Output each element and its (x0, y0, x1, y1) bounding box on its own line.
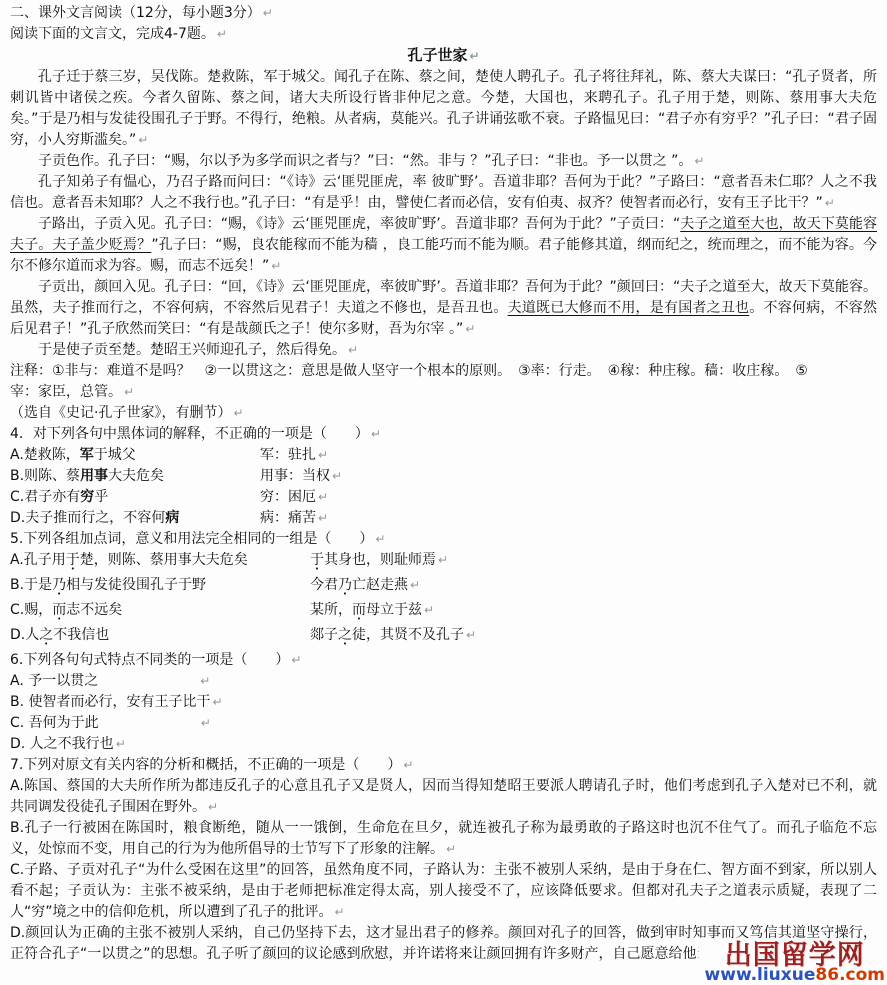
underlined-text: 夫道既已大修而不用，是有国者之丑也 (508, 300, 750, 316)
q6-option-row: D. 人之不我行也↵ (10, 734, 877, 755)
paragraph-mark: ↵ (375, 532, 385, 546)
q5-option-right: 某所，而母立于兹↵ (310, 600, 434, 621)
watermark-url-prefix: www.liuxue (705, 965, 816, 985)
text-segment: 亡赵走燕 (352, 577, 408, 593)
paragraph-mark: ↵ (208, 800, 218, 814)
watermark-url: www.liuxue86.com (705, 967, 885, 984)
q5-option-left: B.于是乃相与发徒役围孔子于野 (10, 575, 310, 596)
paragraph-mark: ↵ (213, 695, 223, 709)
text-segment: D.夫子推而行之，不容何 (10, 510, 165, 526)
question-7: 7.下列对原文有关内容的分析和概括，不正确的一项是（ ）↵ A.陈国、蔡国的大夫… (10, 755, 877, 965)
paragraph-mark: ↵ (271, 259, 281, 273)
text-segment: 今君 (310, 577, 338, 593)
text-segment: 子路出，子贡入见。孔子曰：“赐，《诗》云‘匪兕匪虎，率彼旷野’。吾道非耶？吾何为… (38, 216, 680, 232)
dotted-word: 乃 (52, 577, 66, 593)
q4-option-sentence: A.楚救陈，军于城父 (10, 445, 260, 466)
q7-option-paragraph: A.陈国、蔡国的大夫所作所为都违反孔子的心意且孔子又是贤人，因而当得知楚昭王要派… (10, 776, 877, 818)
paragraph-mark: ↵ (200, 674, 210, 688)
q7-option-text: A.陈国、蔡国的大夫所作所为都违反孔子的心意且孔子又是贤人，因而当得知楚昭王要派… (10, 778, 877, 815)
question-6-title: 6.下列各句句式特点不同类的一项是（ ）↵ (10, 650, 877, 671)
q4-option-row: C.君子亦有穷乎穷：困厄↵ (10, 487, 877, 508)
passage-body: 孔子迁于蔡三岁，吴伐陈。楚救陈，军于城父。闻孔子在陈、蔡之间，楚使人聘孔子。孔子… (10, 67, 877, 361)
bold-word: 穷 (80, 489, 94, 505)
paragraph-mark: ↵ (332, 469, 342, 483)
passage-paragraph: 子贡出，颜回入见。孔子曰：“回，《诗》云‘匪兕匪虎，率彼旷野’。吾道非耶？吾何为… (10, 277, 877, 340)
paragraph-mark: ↵ (138, 133, 148, 147)
q5-option-row: D.人之不我信也郯子之徒，其贤不及孔子↵ (10, 625, 877, 646)
text-segment: 乎 (94, 489, 108, 505)
q5-option-right: 今君乃亡赵走燕↵ (310, 575, 420, 596)
text-segment: B.于是 (10, 577, 52, 593)
q4-option-row: D.夫子推而行之，不容何病病：痛苦↵ (10, 508, 877, 529)
paragraph-mark: ↵ (403, 758, 413, 772)
q5-option-left: D.人之不我信也 (10, 625, 310, 646)
dotted-word: 于 (66, 552, 80, 568)
notes-text-1: 注释：①非与：难道不是吗？ ②一以贯这之：意思是做人坚守一个根本的原则。 ③率：… (10, 363, 808, 379)
text-segment: 子贡色作。孔子曰：“赐，尔以予为多学而识之者与？”曰：“然。非与 ？”孔子曰：“… (38, 153, 692, 169)
q6-option-text: A. 予一以贯之 (10, 673, 98, 689)
text-segment: 某所， (310, 602, 352, 618)
question-7-options: A.陈国、蔡国的大夫所作所为都违反孔子的心意且孔子又是贤人，因而当得知楚昭王要派… (10, 776, 877, 965)
question-6-options: A. 予一以贯之↵B. 使智者而必行，安有王子比干↵C. 吾何为于此↵D. 人之… (10, 671, 877, 755)
q6-option-text: D. 人之不我行也 (10, 736, 114, 752)
question-5-title-text: 5.下列各组加点词，意义和用法完全相同的一组是（ ） (10, 531, 373, 547)
section-heading-text: 二、课外文言阅读（12分，每小题3分） (10, 5, 261, 21)
watermark-url-number: 86 (815, 965, 839, 985)
q5-option-right: 于其身也，则耻师焉↵ (310, 550, 448, 571)
text-segment: 相与发徒役围孔子于野 (66, 577, 206, 593)
passage-paragraph: 子贡色作。孔子曰：“赐，尔以予为多学而识之者与？”曰：“然。非与 ？”孔子曰：“… (10, 151, 877, 172)
q4-option-sentence: B.则陈、蔡用事大夫危矣 (10, 466, 260, 487)
q5-option-left: C.赐，而志不远矣 (10, 600, 310, 621)
q7-option-paragraph: B.孔子一行被困在陈国时，粮食断绝，随从一一饿倒，生命危在旦夕，就连被孔子称为最… (10, 818, 877, 860)
text-segment: C.君子亦有 (10, 489, 80, 505)
section-heading: 二、课外文言阅读（12分，每小题3分）↵ (10, 3, 877, 24)
paragraph-mark: ↵ (263, 6, 273, 20)
q5-option-row: A.孔子用于楚，则陈、蔡用事大夫危矣于其身也，则耻师焉↵ (10, 550, 877, 571)
q4-option-sentence: D.夫子推而行之，不容何病 (10, 508, 260, 529)
q5-option-row: C.赐，而志不远矣某所，而母立于兹↵ (10, 600, 877, 621)
intro-line: 阅读下面的文言文，完成4-7题。↵ (10, 24, 877, 45)
bold-word: 用事 (80, 468, 108, 484)
dotted-word: 而 (352, 602, 366, 618)
source-text: （选自《史记·孔子世家》，有删节） (10, 405, 231, 421)
passage-paragraph: 孔子迁于蔡三岁，吴伐陈。楚救陈，军于城父。闻孔子在陈、蔡之间，楚使人聘孔子。孔子… (10, 67, 877, 151)
text-segment: 大夫危矣 (108, 468, 164, 484)
passage-paragraph: 子路出，子贡入见。孔子曰：“赐，《诗》云‘匪兕匪虎，率彼旷野’。吾道非耶？吾何为… (10, 214, 877, 277)
text-segment: 楚，则陈、蔡用事大夫危矣 (80, 552, 248, 568)
q7-option-paragraph: C.子路、子贡对孔子“为什么受困在这里”的回答，虽然角度不同，子路认为：主张不被… (10, 860, 877, 923)
exam-document-page: 二、课外文言阅读（12分，每小题3分）↵ 阅读下面的文言文，完成4-7题。↵ 孔… (0, 0, 887, 985)
q6-option-text: C. 吾何为于此 (10, 715, 99, 731)
q4-option-row: B.则陈、蔡用事大夫危矣用事：当权↵ (10, 466, 877, 487)
paragraph-mark: ↵ (318, 490, 328, 504)
text-segment: D.人 (10, 627, 39, 643)
notes-line-2: 宰：家臣，总管。↵ (10, 382, 877, 403)
passage-title: 孔子世家↵ (10, 45, 877, 67)
paragraph-mark: ↵ (438, 553, 448, 567)
question-4-title-text: 4．对下列各句中黑体词的解释，不正确的一项是（ ） (10, 426, 369, 442)
text-segment: 于城父 (94, 447, 136, 463)
site-watermark: 出国留学网 www.liuxue86.com (699, 942, 887, 985)
text-segment: 徒，其贤不及孔子 (352, 627, 464, 643)
paragraph-mark: ↵ (469, 49, 479, 63)
paragraph-mark: ↵ (217, 27, 227, 41)
intro-text: 阅读下面的文言文，完成4-7题。 (10, 26, 215, 42)
q4-option-sentence: C.君子亦有穷乎 (10, 487, 260, 508)
question-6: 6.下列各句句式特点不同类的一项是（ ）↵ A. 予一以贯之↵B. 使智者而必行… (10, 650, 877, 755)
q5-option-left: A.孔子用于楚，则陈、蔡用事大夫危矣 (10, 550, 310, 571)
dotted-word: 之 (39, 627, 53, 643)
text-segment: 其身也，则耻师焉 (324, 552, 436, 568)
q7-option-text: B.孔子一行被困在陈国时，粮食断绝，随从一一饿倒，生命危在旦夕，就连被孔子称为最… (10, 820, 877, 857)
q4-option-row: A.楚救陈，军于城父军：驻扎↵ (10, 445, 877, 466)
q4-option-gloss: 用事：当权↵ (260, 466, 342, 487)
q4-option-gloss: 穷：困厄↵ (260, 487, 328, 508)
q5-option-row: B.于是乃相与发徒役围孔子于野今君乃亡赵走燕↵ (10, 575, 877, 596)
text-segment: B.则陈、蔡 (10, 468, 80, 484)
paragraph-mark: ↵ (424, 603, 434, 617)
bold-word: 军 (80, 447, 94, 463)
q4-option-gloss: 军：驻扎↵ (260, 445, 328, 466)
paragraph-mark: ↵ (371, 427, 381, 441)
question-6-title-text: 6.下列各句句式特点不同类的一项是（ ） (10, 652, 289, 668)
text-segment: A.孔子用 (10, 552, 66, 568)
question-5-options: A.孔子用于楚，则陈、蔡用事大夫危矣于其身也，则耻师焉↵B.于是乃相与发徒役围孔… (10, 550, 877, 646)
source-line: （选自《史记·孔子世家》，有删节）↵ (10, 403, 877, 424)
question-7-title-text: 7.下列对原文有关内容的分析和概括，不正确的一项是（ ） (10, 757, 401, 773)
text-segment: A.楚救陈， (10, 447, 80, 463)
q5-option-right: 郯子之徒，其贤不及孔子↵ (310, 625, 476, 646)
q6-option-row: A. 予一以贯之↵ (10, 671, 877, 692)
question-5: 5.下列各组加点词，意义和用法完全相同的一组是（ ）↵ A.孔子用于楚，则陈、蔡… (10, 529, 877, 646)
paragraph-mark: ↵ (233, 406, 243, 420)
paragraph-mark: ↵ (116, 737, 126, 751)
q6-option-row: C. 吾何为于此↵ (10, 713, 877, 734)
question-4-options: A.楚救陈，军于城父军：驻扎↵B.则陈、蔡用事大夫危矣用事：当权↵C.君子亦有穷… (10, 445, 877, 529)
watermark-url-suffix: .com (839, 965, 885, 985)
text-segment: 志不远矣 (66, 602, 122, 618)
paragraph-mark: ↵ (466, 628, 476, 642)
text-segment: 郯子 (310, 627, 338, 643)
text-segment: 于是使子贡至楚。楚昭王兴师迎孔子，然后得免。 (38, 342, 346, 358)
paragraph-mark: ↵ (410, 578, 420, 592)
paragraph-mark: ↵ (335, 905, 345, 919)
paragraph-mark: ↵ (318, 448, 328, 462)
passage-paragraph: 孔子知弟子有愠心，乃召子路而问曰：“《诗》云‘匪兕匪虎，率 彼旷野’。吾道非耶？… (10, 172, 877, 214)
paragraph-mark: ↵ (465, 322, 475, 336)
paragraph-mark: ↵ (825, 196, 835, 210)
question-4-title: 4．对下列各句中黑体词的解释，不正确的一项是（ ）↵ (10, 424, 877, 445)
dotted-word: 乃 (338, 577, 352, 593)
question-5-title: 5.下列各组加点词，意义和用法完全相同的一组是（ ）↵ (10, 529, 877, 550)
notes-line-1: 注释：①非与：难道不是吗？ ②一以贯这之：意思是做人坚守一个根本的原则。 ③率：… (10, 361, 877, 382)
text-segment: C.赐， (10, 602, 52, 618)
question-4: 4．对下列各句中黑体词的解释，不正确的一项是（ ）↵ A.楚救陈，军于城父军：驻… (10, 424, 877, 529)
q6-option-row: B. 使智者而必行，安有王子比干↵ (10, 692, 877, 713)
dotted-word: 而 (52, 602, 66, 618)
q4-option-gloss: 病：痛苦↵ (260, 508, 328, 529)
paragraph-mark: ↵ (348, 343, 358, 357)
q7-option-text: C.子路、子贡对孔子“为什么受困在这里”的回答，虽然角度不同，子路认为：主张不被… (10, 862, 877, 920)
text-segment: 不我信也 (53, 627, 109, 643)
q6-option-text: B. 使智者而必行，安有王子比干 (10, 694, 211, 710)
notes-text-2: 宰：家臣，总管。 (10, 384, 122, 400)
paragraph-mark: ↵ (124, 385, 134, 399)
paragraph-mark: ↵ (318, 511, 328, 525)
dotted-word: 之 (338, 627, 352, 643)
paragraph-mark: ↵ (201, 716, 211, 730)
passage-title-text: 孔子世家 (407, 46, 467, 64)
text-segment: 母立于兹 (366, 602, 422, 618)
text-segment: 孔子知弟子有愠心，乃召子路而问曰：“《诗》云‘匪兕匪虎，率 彼旷野’。吾道非耶？… (10, 174, 877, 211)
passage-paragraph: 于是使子贡至楚。楚昭王兴师迎孔子，然后得免。↵ (10, 340, 877, 361)
paragraph-mark: ↵ (291, 653, 301, 667)
dotted-word: 于 (310, 552, 324, 568)
question-7-title: 7.下列对原文有关内容的分析和概括，不正确的一项是（ ）↵ (10, 755, 877, 776)
bold-word: 病 (165, 510, 179, 526)
paragraph-mark: ↵ (694, 154, 704, 168)
paragraph-mark: ↵ (446, 842, 456, 856)
